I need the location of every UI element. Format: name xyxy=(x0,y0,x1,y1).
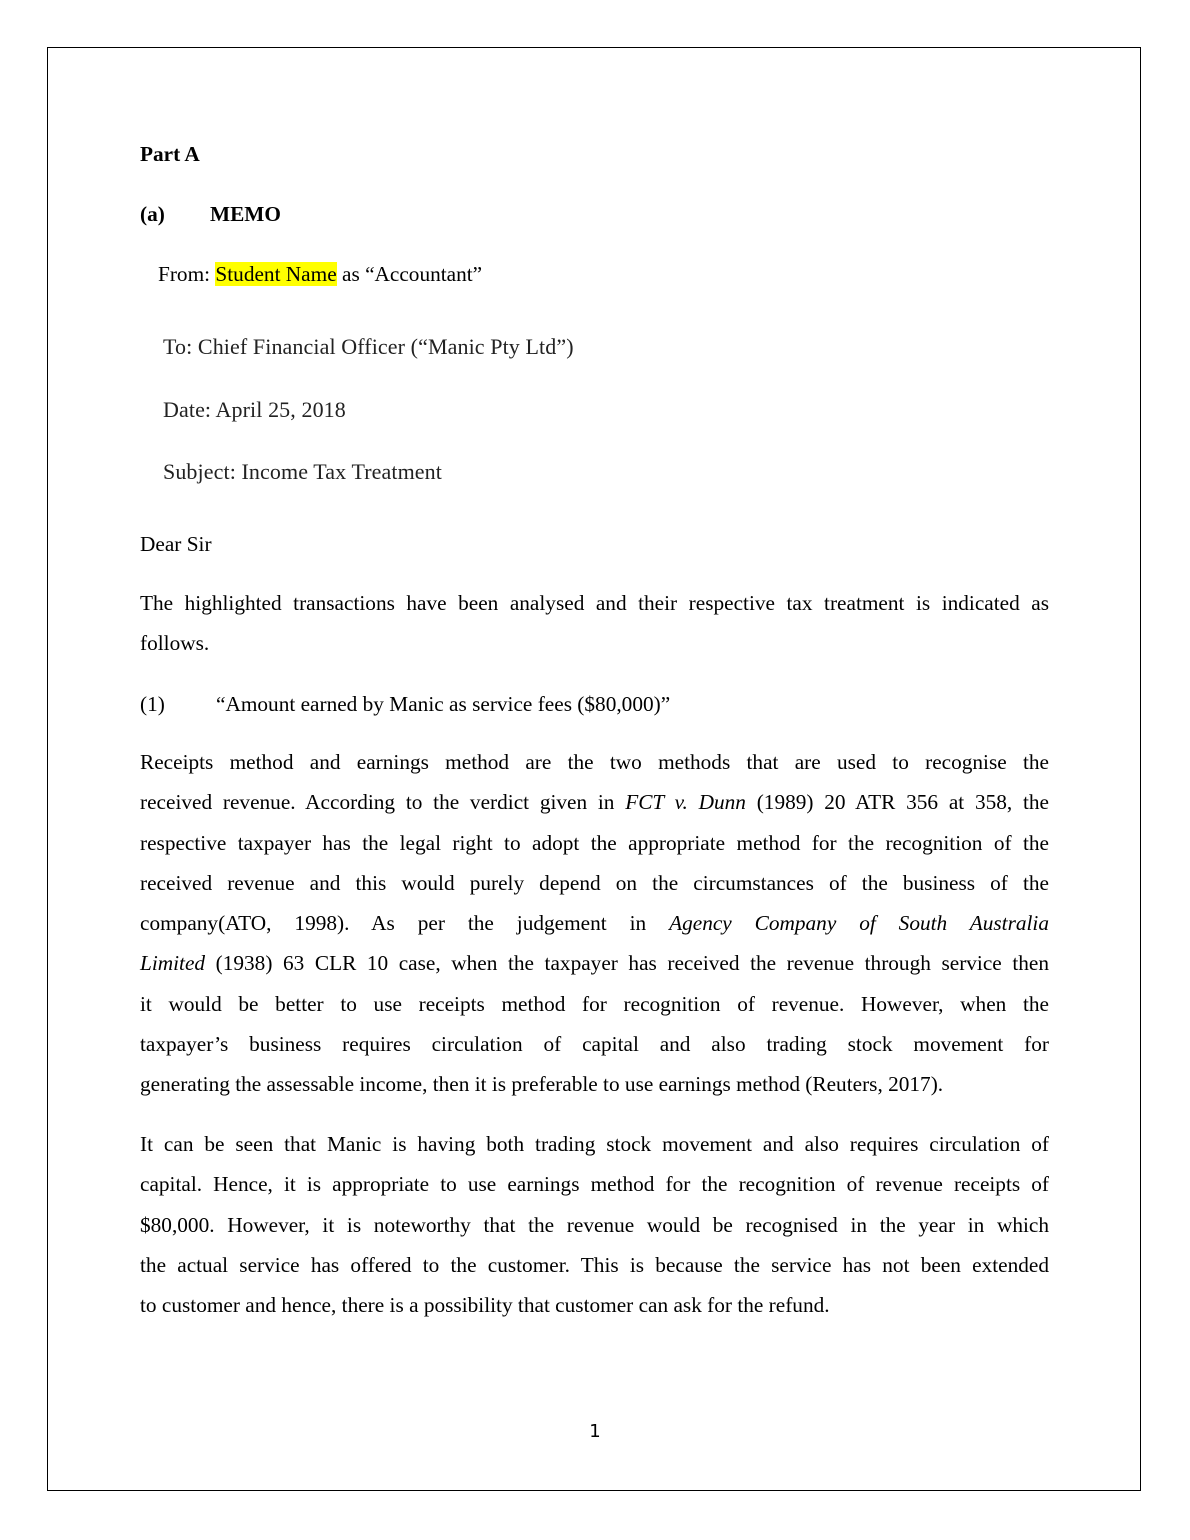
paragraph-line: It can be seen that Manic is having both… xyxy=(140,1124,1049,1164)
memo-to: To: Chief Financial Officer (“Manic Pty … xyxy=(163,336,574,358)
item-heading: (1)“Amount earned by Manic as service fe… xyxy=(140,694,670,715)
paragraph-line: company(ATO, 1998). As per the judgement… xyxy=(140,903,1049,943)
item-title: “Amount earned by Manic as service fees … xyxy=(216,692,670,716)
text-run: received revenue. According to the verdi… xyxy=(140,790,625,814)
text-run: generating the assessable income, then i… xyxy=(140,1072,943,1096)
from-name-highlighted: Student Name xyxy=(215,262,336,286)
intro-line: follows. xyxy=(140,623,1049,663)
paragraph-line: received revenue and this would purely d… xyxy=(140,863,1049,903)
from-label: From: xyxy=(158,262,210,286)
paragraph-line: it would be better to use receipts metho… xyxy=(140,984,1049,1024)
paragraph-line: Limited (1938) 63 CLR 10 case, when the … xyxy=(140,943,1049,983)
part-heading: Part A xyxy=(140,144,200,165)
section-number: (a) xyxy=(140,204,210,225)
text-run: $80,000. However, it is noteworthy that … xyxy=(140,1213,1049,1237)
page-number: 1 xyxy=(0,1421,1190,1442)
case-citation: Limited xyxy=(140,951,205,975)
memo-from: From: Student Name as “Accountant” xyxy=(158,264,482,285)
section-heading: (a)MEMO xyxy=(140,204,281,225)
paragraph-line: generating the assessable income, then i… xyxy=(140,1064,1049,1104)
text-run: capital. Hence, it is appropriate to use… xyxy=(140,1172,1049,1196)
text-run: Receipts method and earnings method are … xyxy=(140,750,1049,774)
memo-subject: Subject: Income Tax Treatment xyxy=(163,461,442,483)
text-run: It can be seen that Manic is having both… xyxy=(140,1132,1049,1156)
paragraph-line: the actual service has offered to the cu… xyxy=(140,1245,1049,1285)
intro-line: The highlighted transactions have been a… xyxy=(140,583,1049,623)
text-run: to customer and hence, there is a possib… xyxy=(140,1293,830,1317)
paragraph-line: Receipts method and earnings method are … xyxy=(140,742,1049,782)
from-suffix: as “Accountant” xyxy=(342,262,482,286)
case-citation: Agency Company of South Australia xyxy=(669,911,1049,935)
text-run: (1938) 63 CLR 10 case, when the taxpayer… xyxy=(205,951,1049,975)
body-paragraph-1: Receipts method and earnings method are … xyxy=(140,742,1049,1105)
text-run: company(ATO, 1998). As per the judgement… xyxy=(140,911,669,935)
paragraph-line: respective taxpayer has the legal right … xyxy=(140,823,1049,863)
item-number: (1) xyxy=(140,694,216,715)
paragraph-line: received revenue. According to the verdi… xyxy=(140,782,1049,822)
body-paragraph-2: It can be seen that Manic is having both… xyxy=(140,1124,1049,1325)
salutation: Dear Sir xyxy=(140,534,212,555)
text-run: the actual service has offered to the cu… xyxy=(140,1253,1049,1277)
text-run: received revenue and this would purely d… xyxy=(140,871,1049,895)
text-run: taxpayer’s business requires circulation… xyxy=(140,1032,1049,1056)
text-run: respective taxpayer has the legal right … xyxy=(140,831,1049,855)
intro-paragraph: The highlighted transactions have been a… xyxy=(140,583,1049,664)
text-run: (1989) 20 ATR 356 at 358, the xyxy=(746,790,1049,814)
paragraph-line: taxpayer’s business requires circulation… xyxy=(140,1024,1049,1064)
paragraph-line: to customer and hence, there is a possib… xyxy=(140,1285,1049,1325)
text-run: it would be better to use receipts metho… xyxy=(140,992,1049,1016)
section-title: MEMO xyxy=(210,202,281,226)
memo-date: Date: April 25, 2018 xyxy=(163,399,346,421)
paragraph-line: $80,000. However, it is noteworthy that … xyxy=(140,1205,1049,1245)
case-citation: FCT v. Dunn xyxy=(625,790,746,814)
paragraph-line: capital. Hence, it is appropriate to use… xyxy=(140,1164,1049,1204)
